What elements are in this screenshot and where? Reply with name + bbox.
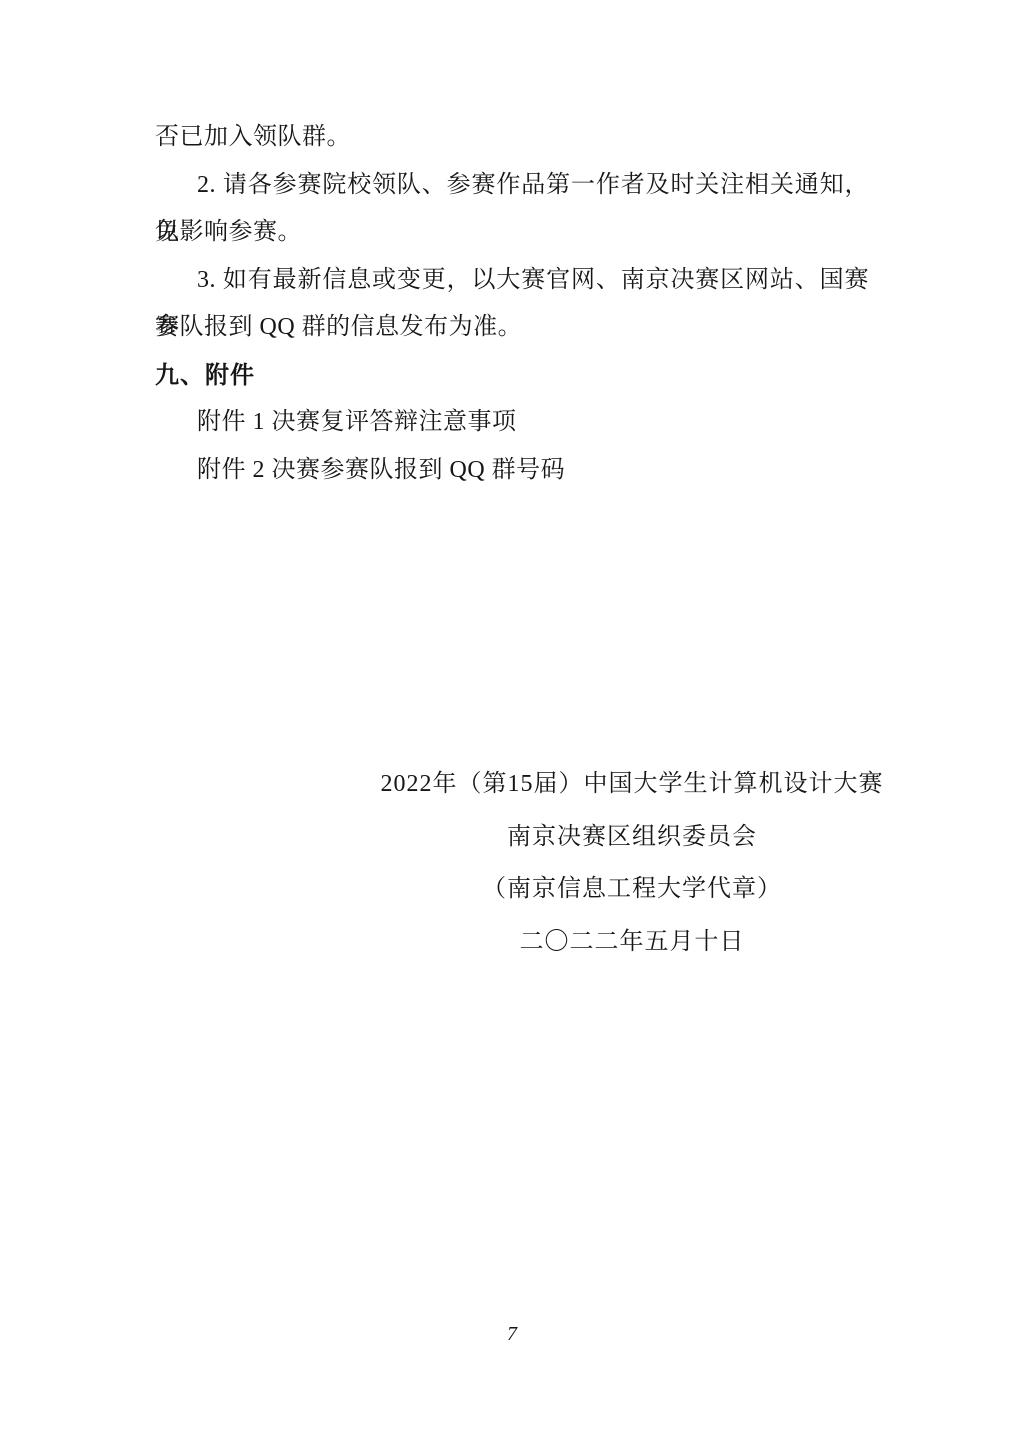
body-line: 免影响参赛。 [155, 209, 869, 257]
document-page: 否已加入领队群。 2. 请各参赛院校领队、参赛作品第一作者及时关注相关通知，以 … [0, 0, 1024, 1448]
body-line: 否已加入领队群。 [155, 114, 869, 162]
attachment-item-1: 附件 1 决赛复评答辩注意事项 [155, 399, 869, 447]
signature-date-line: 二〇二二年五月十日 [240, 916, 1024, 969]
signature-organization-line: 2022年（第15届）中国大学生计算机设计大赛 [240, 758, 1024, 811]
section-heading-attachments: 九、附件 [155, 352, 869, 400]
body-line-numbered-item-3: 3. 如有最新信息或变更，以大赛官网、南京决赛区网站、国赛参 [155, 257, 869, 305]
signature-block: 2022年（第15届）中国大学生计算机设计大赛 南京决赛区组织委员会 （南京信息… [240, 758, 1024, 968]
signature-committee-line: 南京决赛区组织委员会 [240, 811, 1024, 864]
body-line: 赛队报到 QQ 群的信息发布为准。 [155, 304, 869, 352]
body-line-numbered-item-2: 2. 请各参赛院校领队、参赛作品第一作者及时关注相关通知，以 [155, 162, 869, 210]
signature-seal-note-line: （南京信息工程大学代章） [240, 863, 1024, 916]
body-text-column: 否已加入领队群。 2. 请各参赛院校领队、参赛作品第一作者及时关注相关通知，以 … [155, 114, 869, 494]
attachment-item-2: 附件 2 决赛参赛队报到 QQ 群号码 [155, 447, 869, 495]
page-number: 7 [0, 1323, 1024, 1345]
